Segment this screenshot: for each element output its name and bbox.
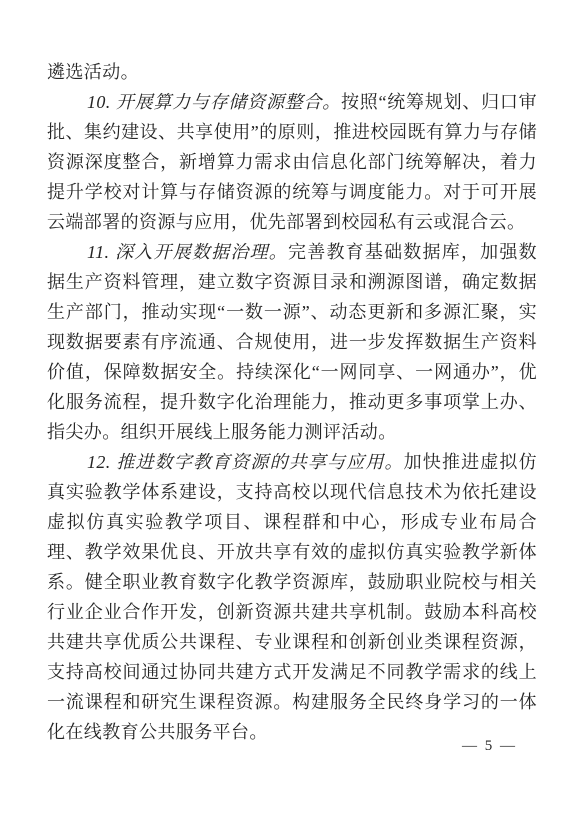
paragraph-item-12-heading: 12. 推进数字教育资源的共享与应用。 [87, 452, 404, 472]
document-page: 遴选活动。 10. 开展算力与存储资源整合。按照“统筹规划、归口审批、集约建设、… [0, 0, 577, 822]
document-body: 遴选活动。 10. 开展算力与存储资源整合。按照“统筹规划、归口审批、集约建设、… [47, 57, 537, 747]
paragraph-item-10-text: 按照“统筹规划、归口审批、集约建设、共享使用”的原则，推进校园既有算力与存储资源… [47, 92, 537, 232]
page-number: — 5 — [462, 736, 517, 756]
paragraph-item-12-text: 加快推进虚拟仿真实验教学体系建设，支持高校以现代信息技术为依托建设虚拟仿真实验教… [47, 452, 537, 742]
paragraph-item-11-text: 完善教育基础数据库，加强数据生产资料管理，建立数字资源目录和溯源图谱，确定数据生… [47, 242, 537, 442]
paragraph-continuation-text: 遴选活动。 [47, 62, 139, 82]
paragraph-continuation: 遴选活动。 [47, 57, 537, 87]
paragraph-item-11: 11. 深入开展数据治理。完善教育基础数据库，加强数据生产资料管理，建立数字资源… [47, 237, 537, 447]
paragraph-item-11-heading: 11. 深入开展数据治理。 [87, 242, 288, 262]
paragraph-item-12: 12. 推进数字教育资源的共享与应用。加快推进虚拟仿真实验教学体系建设，支持高校… [47, 447, 537, 747]
paragraph-item-10-heading: 10. 开展算力与存储资源整合。 [87, 92, 341, 112]
paragraph-item-10: 10. 开展算力与存储资源整合。按照“统筹规划、归口审批、集约建设、共享使用”的… [47, 87, 537, 237]
